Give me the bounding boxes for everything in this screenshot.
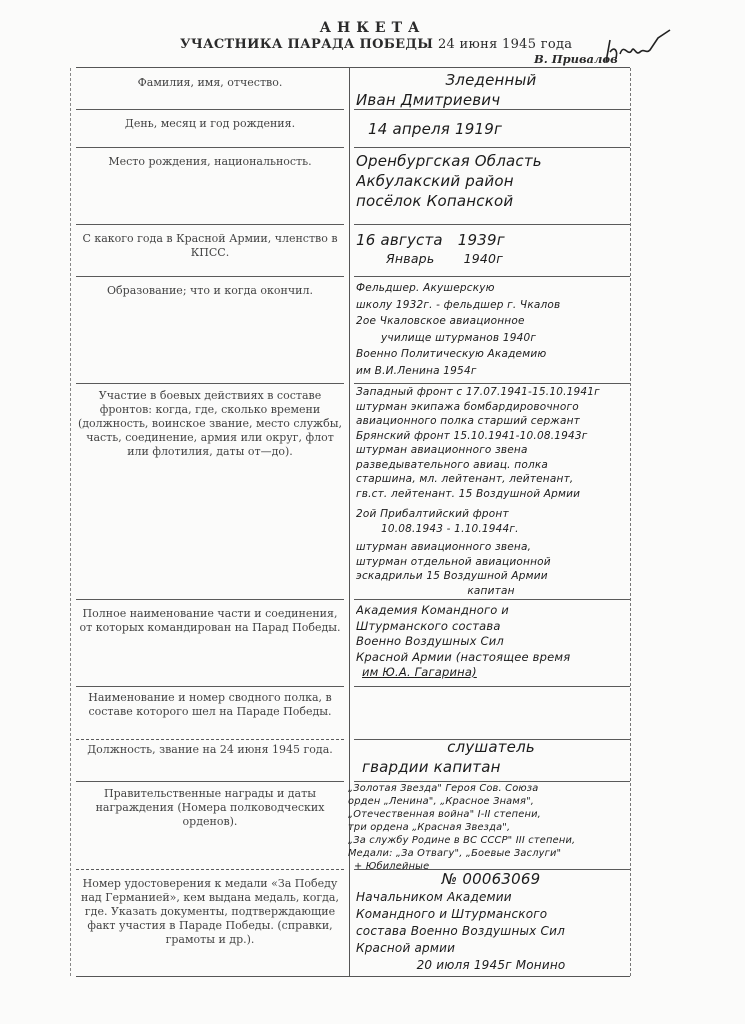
answer-combat: Западный фронт с 17.07.1941-15.10.1941г …: [356, 385, 626, 598]
answer-rank: слушатель гвардии капитан: [356, 737, 626, 777]
answer-unit: Академия Командного и Штурманского соста…: [356, 603, 626, 681]
label-birthplace: Место рождения, национальность.: [76, 155, 344, 169]
answer-line: штурман авиационного звена: [356, 443, 626, 458]
answer-line: Иван Дмитриевич: [356, 90, 626, 110]
subtitle-text: УЧАСТНИКА ПАРАДА ПОБЕДЫ: [180, 37, 433, 52]
answer-line: им Ю.А. Гагарина): [356, 665, 626, 681]
answer-birthplace: Оренбургская Область Акбулакский район п…: [356, 151, 626, 211]
answer-line: № 00063069: [356, 869, 626, 889]
answer-line: Акбулакский район: [356, 171, 626, 191]
row-regiment: Наименование и номер сводного полка, в с…: [76, 686, 630, 739]
answer-line: штурман отдельной авиационной: [356, 555, 626, 570]
row-education: Образование; что и когда окончил. Фельдш…: [76, 276, 630, 383]
answer-line: Оренбургская Область: [356, 151, 626, 171]
answer-line: авиационного полка старший сержант: [356, 414, 626, 429]
answer-medal-certificate: № 00063069 Начальником Академии Командно…: [356, 869, 626, 974]
answer-line: школу 1932г. - фельдшер г. Чкалов: [356, 297, 626, 314]
answer-line: Красной армии: [356, 940, 626, 957]
row-awards: Правительственные награды и даты награжд…: [76, 781, 630, 869]
answer-education: Фельдшер. Акушерскую школу 1932г. - фель…: [356, 280, 626, 379]
questionnaire-table: Фамилия, имя, отчество. Зледенный Иван Д…: [76, 67, 630, 977]
answer-line: Военно Политическую Академию: [356, 346, 626, 363]
answer-line: 16 августа 1939г: [356, 230, 626, 250]
table-right-border: [630, 68, 631, 976]
label-unit: Полное наименование части и соединения, …: [76, 607, 344, 635]
answer-line: Командного и Штурманского: [356, 906, 626, 923]
answer-line: Медали: „За Отвагу", „Боевые Заслуги": [348, 847, 618, 860]
row-full-name: Фамилия, имя, отчество. Зледенный Иван Д…: [76, 68, 630, 109]
row-army-since: С какого года в Красной Армии, членство …: [76, 224, 630, 276]
answer-line: „Золотая Звезда" Героя Сов. Союза: [348, 782, 618, 795]
answer-full-name: Зледенный Иван Дмитриевич: [356, 70, 626, 110]
answer-line: им В.И.Ленина 1954г: [356, 363, 626, 380]
subtitle-date: 24 июня 1945 года: [438, 37, 572, 52]
answer-line: гв.ст. лейтенант. 15 Воздушной Армии: [356, 487, 626, 502]
label-rank: Должность, звание на 24 июня 1945 года.: [76, 743, 344, 757]
label-regiment: Наименование и номер сводного полка, в с…: [76, 691, 344, 719]
answer-line: разведывательного авиац. полка: [356, 458, 626, 473]
answer-line: Академия Командного и: [356, 603, 626, 619]
answer-line: старшина, мл. лейтенант, лейтенант,: [356, 472, 626, 487]
answer-line: Красной Армии (настоящее время: [356, 650, 626, 666]
answer-line: Западный фронт с 17.07.1941-15.10.1941г: [356, 385, 626, 400]
row-birth-date: День, месяц и год рождения. 14 апреля 19…: [76, 109, 630, 147]
label-combat: Участие в боевых действиях в составе фро…: [76, 389, 344, 459]
row-rank: Должность, звание на 24 июня 1945 года. …: [76, 739, 630, 781]
label-full-name: Фамилия, имя, отчество.: [76, 76, 344, 90]
form-header-subtitle: УЧАСТНИКА ПАРАДА ПОБЕДЫ 24 июня 1945 год…: [180, 37, 572, 52]
row-combat: Участие в боевых действиях в составе фро…: [76, 383, 630, 599]
answer-line: орден „Ленина", „Красное Знамя",: [348, 795, 618, 808]
answer-line: штурман экипажа бомбардировочного: [356, 400, 626, 415]
answer-line: гвардии капитан: [356, 757, 626, 777]
row-medal-certificate: Номер удостоверения к медали «За Победу …: [76, 869, 630, 976]
answer-line: штурман авиационного звена,: [356, 540, 626, 555]
answer-line: училище штурманов 1940г: [356, 330, 626, 347]
answer-line: посёлок Копанской: [356, 191, 626, 211]
answer-line: состава Военно Воздушных Сил: [356, 923, 626, 940]
answer-line: Январь 1940г: [356, 250, 626, 267]
answer-line: Зледенный: [356, 70, 626, 90]
answer-line: капитан: [356, 584, 626, 599]
answer-line: Фельдшер. Акушерскую: [356, 280, 626, 297]
answer-line: Военно Воздушных Сил: [356, 634, 626, 650]
answer-line: слушатель: [356, 737, 626, 757]
answer-line: „За службу Родине в ВС СССР" III степени…: [348, 834, 618, 847]
table-left-border: [70, 68, 71, 976]
answer-line: Брянский фронт 15.10.1941-10.08.1943г: [356, 429, 626, 444]
answer-line: 20 июля 1945г Монино: [356, 957, 626, 974]
answer-line: 2ой Прибалтийский фронт: [356, 507, 626, 522]
answer-line: 10.08.1943 - 1.10.1944г.: [356, 522, 626, 537]
answer-line: Штурманского состава: [356, 619, 626, 635]
row-birthplace: Место рождения, национальность. Оренбург…: [76, 147, 630, 224]
answer-line: 2ое Чкаловское авиационное: [356, 313, 626, 330]
label-army-since: С какого года в Красной Армии, членство …: [76, 232, 344, 260]
answer-line: 14 апреля 1919г: [356, 119, 626, 139]
label-education: Образование; что и когда окончил.: [76, 284, 344, 298]
row-unit: Полное наименование части и соединения, …: [76, 599, 630, 686]
label-medal-certificate: Номер удостоверения к медали «За Победу …: [76, 877, 344, 947]
answer-birth-date: 14 апреля 1919г: [356, 119, 626, 139]
answer-awards: „Золотая Звезда" Героя Сов. Союза орден …: [348, 782, 618, 873]
answer-army-since: 16 августа 1939г Январь 1940г: [356, 230, 626, 267]
label-birth-date: День, месяц и год рождения.: [76, 117, 344, 131]
answer-line: Начальником Академии: [356, 889, 626, 906]
answer-line: „Отечественная война" I-II степени,: [348, 808, 618, 821]
label-awards: Правительственные награды и даты награжд…: [76, 787, 344, 829]
signature-scribble-icon: [600, 28, 680, 68]
answer-line: эскадрильи 15 Воздушной Армии: [356, 569, 626, 584]
answer-line: три ордена „Красная Звезда",: [348, 821, 618, 834]
